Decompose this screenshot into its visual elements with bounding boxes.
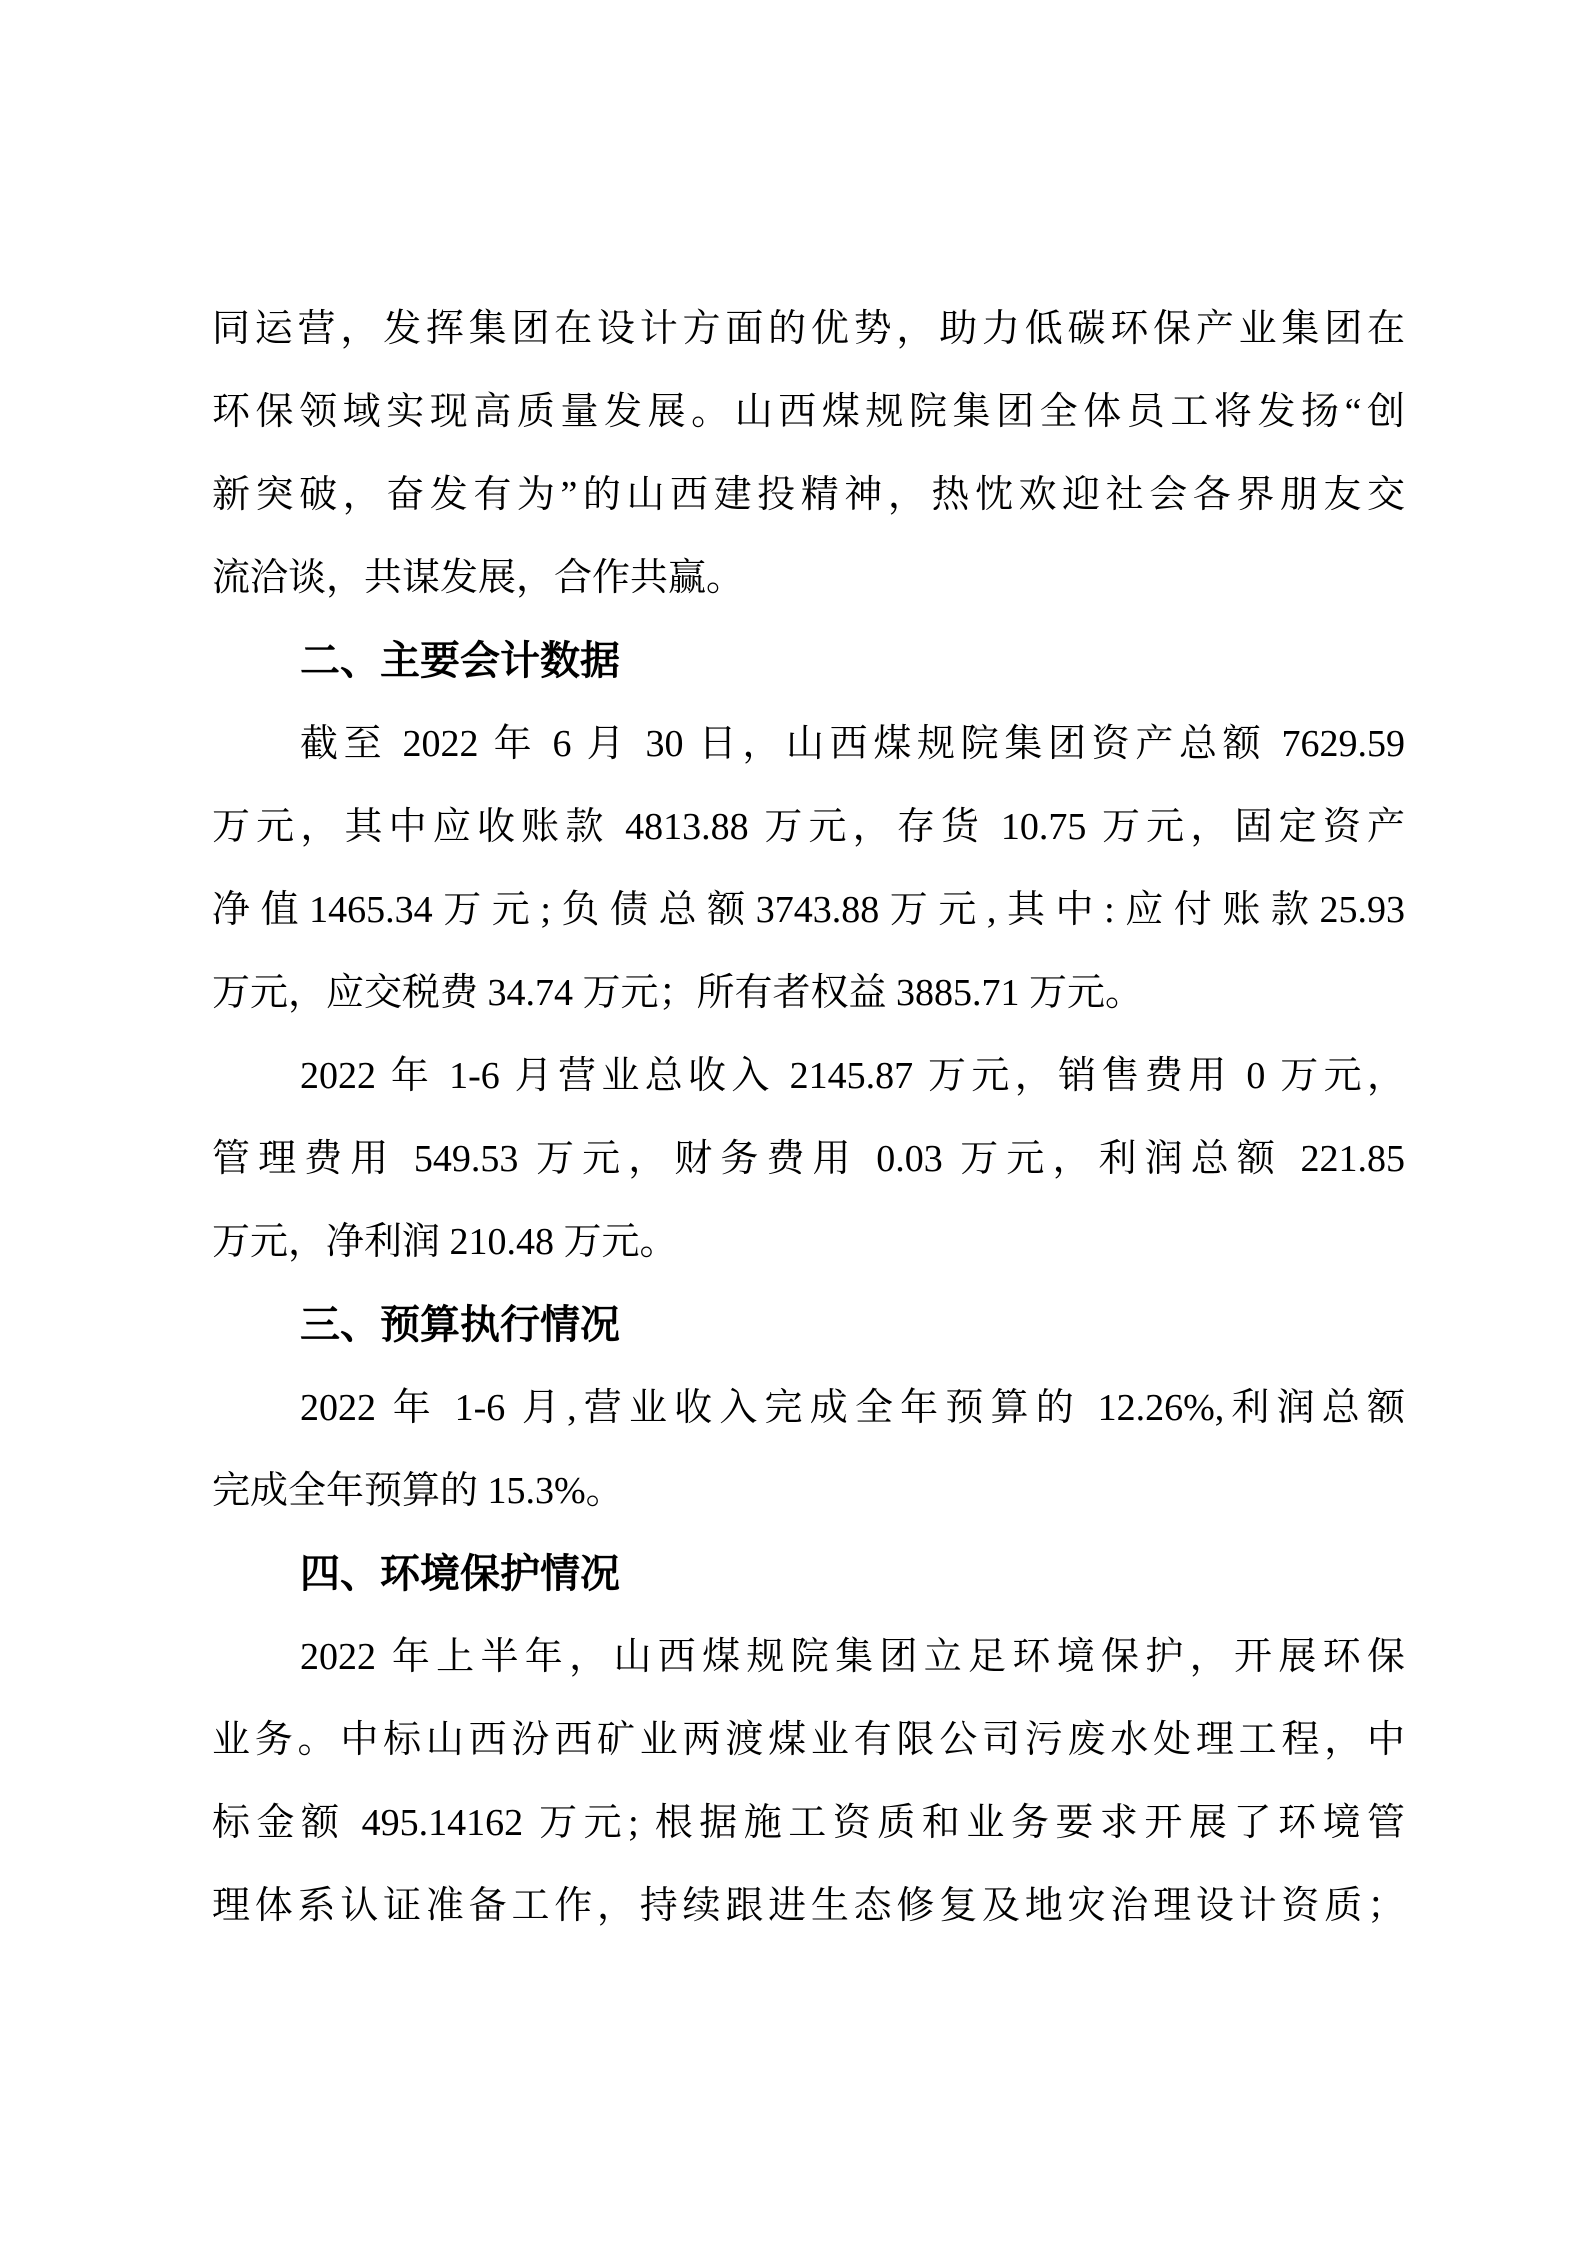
text-line: 业务。中标山西汾西矿业两渡煤业有限公司污废水处理工程，中 <box>212 1699 1405 1782</box>
section-heading: 四、环境保护情况 <box>212 1533 1405 1616</box>
text-line: 净值1465.34万元;负债总额3743.88万元,其中:应付账款25.93 <box>212 869 1405 952</box>
text-line: 理体系认证准备工作，持续跟进生态修复及地灾治理设计资质； <box>212 1865 1405 1948</box>
section-heading: 二、主要会计数据 <box>212 620 1405 703</box>
text-line: 截至 2022 年 6 月 30 日，山西煤规院集团资产总额 7629.59 <box>212 703 1405 786</box>
document-page: 同运营，发挥集团在设计方面的优势，助力低碳环保产业集团在环保领域实现高质量发展。… <box>0 0 1587 2245</box>
text-line: 同运营，发挥集团在设计方面的优势，助力低碳环保产业集团在 <box>212 288 1405 371</box>
text-line: 环保领域实现高质量发展。山西煤规院集团全体员工将发扬“创 <box>212 371 1405 454</box>
text-line: 2022 年 1-6 月营业总收入 2145.87 万元，销售费用 0 万元， <box>212 1035 1405 1118</box>
section-heading: 三、预算执行情况 <box>212 1284 1405 1367</box>
text-line: 2022 年 1-6 月,营业收入完成全年预算的 12.26%,利润总额 <box>212 1367 1405 1450</box>
text-line: 万元，应交税费 34.74 万元；所有者权益 3885.71 万元。 <box>212 952 1405 1035</box>
text-line: 完成全年预算的 15.3%。 <box>212 1450 1405 1533</box>
document-body: 同运营，发挥集团在设计方面的优势，助力低碳环保产业集团在环保领域实现高质量发展。… <box>212 288 1405 1948</box>
text-line: 万元，其中应收账款 4813.88 万元，存货 10.75 万元，固定资产 <box>212 786 1405 869</box>
text-line: 新突破，奋发有为”的山西建投精神，热忱欢迎社会各界朋友交 <box>212 454 1405 537</box>
text-line: 万元，净利润 210.48 万元。 <box>212 1201 1405 1284</box>
text-line: 标金额 495.14162 万元; 根据施工资质和业务要求开展了环境管 <box>212 1782 1405 1865</box>
text-line: 流洽谈，共谋发展，合作共赢。 <box>212 537 1405 620</box>
text-line: 2022 年上半年，山西煤规院集团立足环境保护，开展环保 <box>212 1616 1405 1699</box>
text-line: 管理费用 549.53 万元，财务费用 0.03 万元，利润总额 221.85 <box>212 1118 1405 1201</box>
